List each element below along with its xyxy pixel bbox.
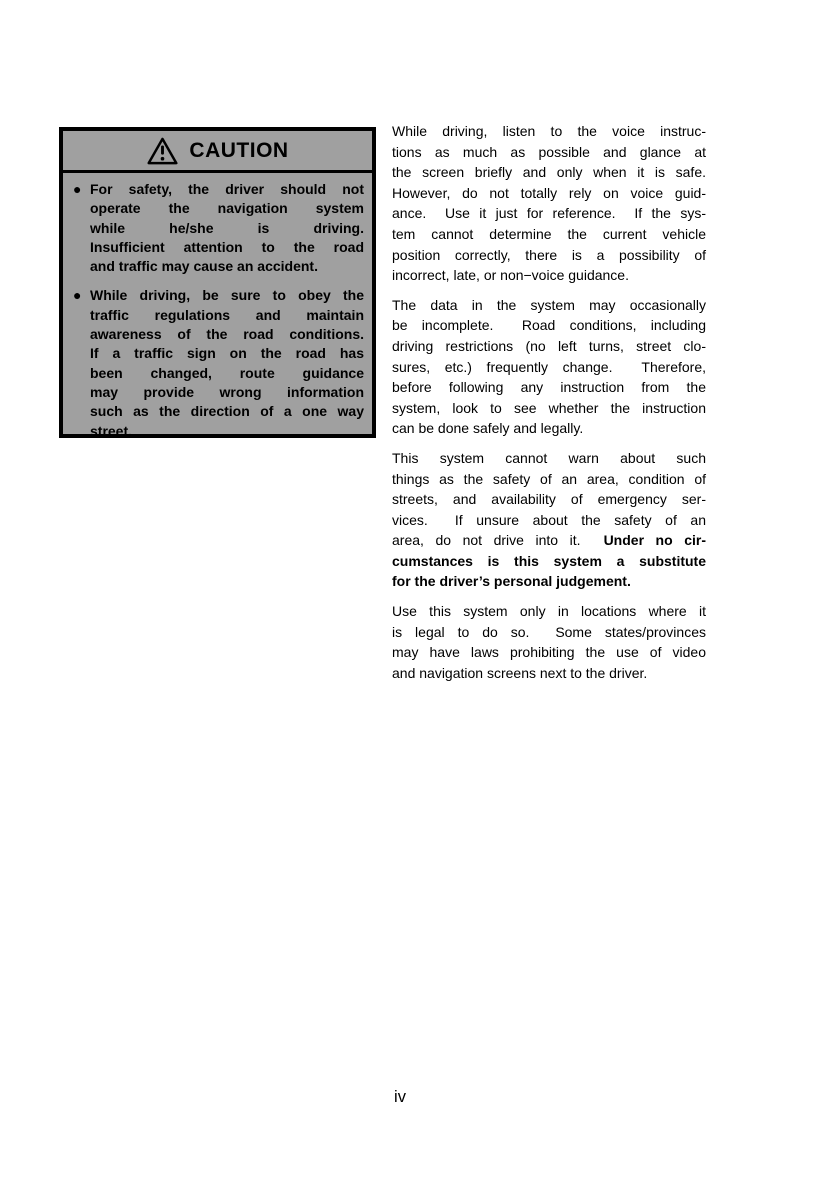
- text-line: vices. If unsure about the safety of an: [392, 510, 706, 531]
- text-line: tions as much as possible and glance at: [392, 142, 706, 163]
- text-line: is legal to do so. Some states/provinces: [392, 622, 706, 643]
- caution-bullet-item: ● For safety, the driver should notopera…: [73, 180, 364, 276]
- bullet-text: While driving, be sure to obey thetraffi…: [90, 286, 364, 440]
- text-line: cumstances is this system a substitute: [392, 551, 706, 572]
- text-line: and navigation screens next to the drive…: [392, 663, 706, 684]
- text-line: incorrect, late, or non−voice guidance.: [392, 265, 706, 286]
- text-line: If a traffic sign on the road has: [90, 344, 364, 363]
- text-line: position correctly, there is a possibili…: [392, 245, 706, 266]
- caution-box: CAUTION ● For safety, the driver should …: [59, 127, 376, 438]
- text-line: be incomplete. Road conditions, includin…: [392, 315, 706, 336]
- text-line: The data in the system may occasionally: [392, 295, 706, 316]
- text-line: been changed, route guidance: [90, 364, 364, 383]
- text-line: area, do not drive into it. Under no cir…: [392, 530, 706, 551]
- text-line: awareness of the road conditions.: [90, 325, 364, 344]
- page-number: iv: [370, 1088, 430, 1107]
- text-line: However, do not totally rely on voice gu…: [392, 183, 706, 204]
- text-line: Insufficient attention to the road: [90, 238, 364, 257]
- text-line: While driving, listen to the voice instr…: [392, 121, 706, 142]
- text-line: may have laws prohibiting the use of vid…: [392, 642, 706, 663]
- text-line: tem cannot determine the current vehicle: [392, 224, 706, 245]
- text-line: system, look to see whether the instruct…: [392, 398, 706, 419]
- caution-bullet-list: ● For safety, the driver should notopera…: [63, 173, 372, 451]
- text-line: things as the safety of an area, conditi…: [392, 469, 706, 490]
- text-line: for the driver’s personal judgement.: [392, 571, 706, 592]
- text-line: ance. Use it just for reference. If the …: [392, 203, 706, 224]
- text-line: This system cannot warn about such: [392, 448, 706, 469]
- text-line: operate the navigation system: [90, 199, 364, 218]
- bullet-icon: ●: [73, 180, 85, 276]
- caution-header: CAUTION: [63, 131, 372, 173]
- text-line: while he/she is driving.: [90, 219, 364, 238]
- text-line: street.: [90, 422, 364, 441]
- body-text-column: While driving, listen to the voice instr…: [392, 121, 706, 683]
- paragraph: Use this system only in locations where …: [392, 601, 706, 683]
- paragraph: This system cannot warn about suchthings…: [392, 448, 706, 592]
- text-line: can be done safely and legally.: [392, 418, 706, 439]
- text-line: the screen briefly and only when it is s…: [392, 162, 706, 183]
- text-line: and traffic may cause an accident.: [90, 257, 364, 276]
- manual-page: CAUTION ● For safety, the driver should …: [0, 0, 823, 1191]
- warning-triangle-icon: [146, 136, 179, 166]
- text-line: driving restrictions (no left turns, str…: [392, 336, 706, 357]
- paragraph: While driving, listen to the voice instr…: [392, 121, 706, 286]
- bullet-text: For safety, the driver should notoperate…: [90, 180, 364, 276]
- text-line: While driving, be sure to obey the: [90, 286, 364, 305]
- text-line: Use this system only in locations where …: [392, 601, 706, 622]
- text-line: traffic regulations and maintain: [90, 306, 364, 325]
- paragraph: The data in the system may occasionallyb…: [392, 295, 706, 439]
- caution-bullet-item: ● While driving, be sure to obey thetraf…: [73, 286, 364, 440]
- text-line: may provide wrong information: [90, 383, 364, 402]
- bullet-icon: ●: [73, 286, 85, 440]
- text-line: such as the direction of a one way: [90, 402, 364, 421]
- caution-title: CAUTION: [189, 139, 288, 163]
- text-line: For safety, the driver should not: [90, 180, 364, 199]
- text-line: sures, etc.) frequently change. Therefor…: [392, 357, 706, 378]
- text-line: streets, and availability of emergency s…: [392, 489, 706, 510]
- text-line: before following any instruction from th…: [392, 377, 706, 398]
